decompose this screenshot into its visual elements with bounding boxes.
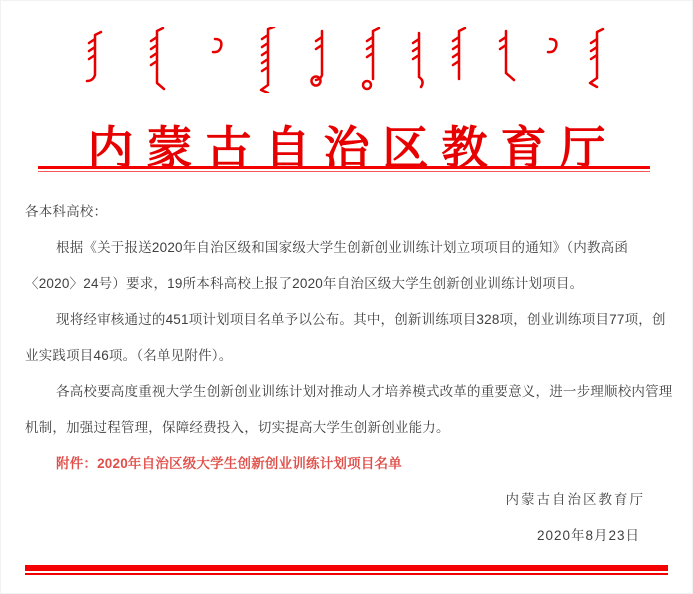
header-rule-thin (38, 171, 650, 172)
body-line: 各本科高校： (25, 194, 668, 230)
body-lines: 各本科高校：根据《关于报送2020年自治区级和国家级大学生创新创业训练计划立项项… (25, 194, 668, 482)
mongolian-vertical-script-icon (82, 27, 612, 93)
header-double-rule (38, 166, 650, 172)
body-line: 根据《关于报送2020年自治区级和国家级大学生创新创业训练计划立项项目的通知》（… (25, 230, 668, 266)
body-line: 业实践项目46项。（名单见附件）。 (25, 338, 668, 374)
body-line: 〈2020〉24号）要求，19所本科高校上报了2020年自治区级大学生创新创业训… (25, 266, 668, 302)
body-line: 各高校要高度重视大学生创新创业训练计划对推动人才培养模式改革的重要意义，进一步理… (25, 374, 668, 410)
mongolian-script-banner (82, 27, 612, 93)
body-line: 机制，加强过程管理，保障经费投入，切实提高大学生创新创业能力。 (25, 410, 668, 446)
footer-double-rule (25, 565, 668, 575)
document-date: 2020年8月23日 (537, 518, 640, 554)
body-line: 现将经审核通过的451项计划项目名单予以公布。其中，创新训练项目328项，创业训… (25, 302, 668, 338)
attachment-link[interactable]: 附件：2020年自治区级大学生创新创业训练计划项目名单 (25, 446, 668, 482)
signature: 内蒙古自治区教育厅 (506, 482, 646, 518)
document-page: 内蒙古自治区教育厅 各本科高校：根据《关于报送2020年自治区级和国家级大学生创… (0, 0, 693, 594)
footer-rule-thin (25, 573, 668, 575)
